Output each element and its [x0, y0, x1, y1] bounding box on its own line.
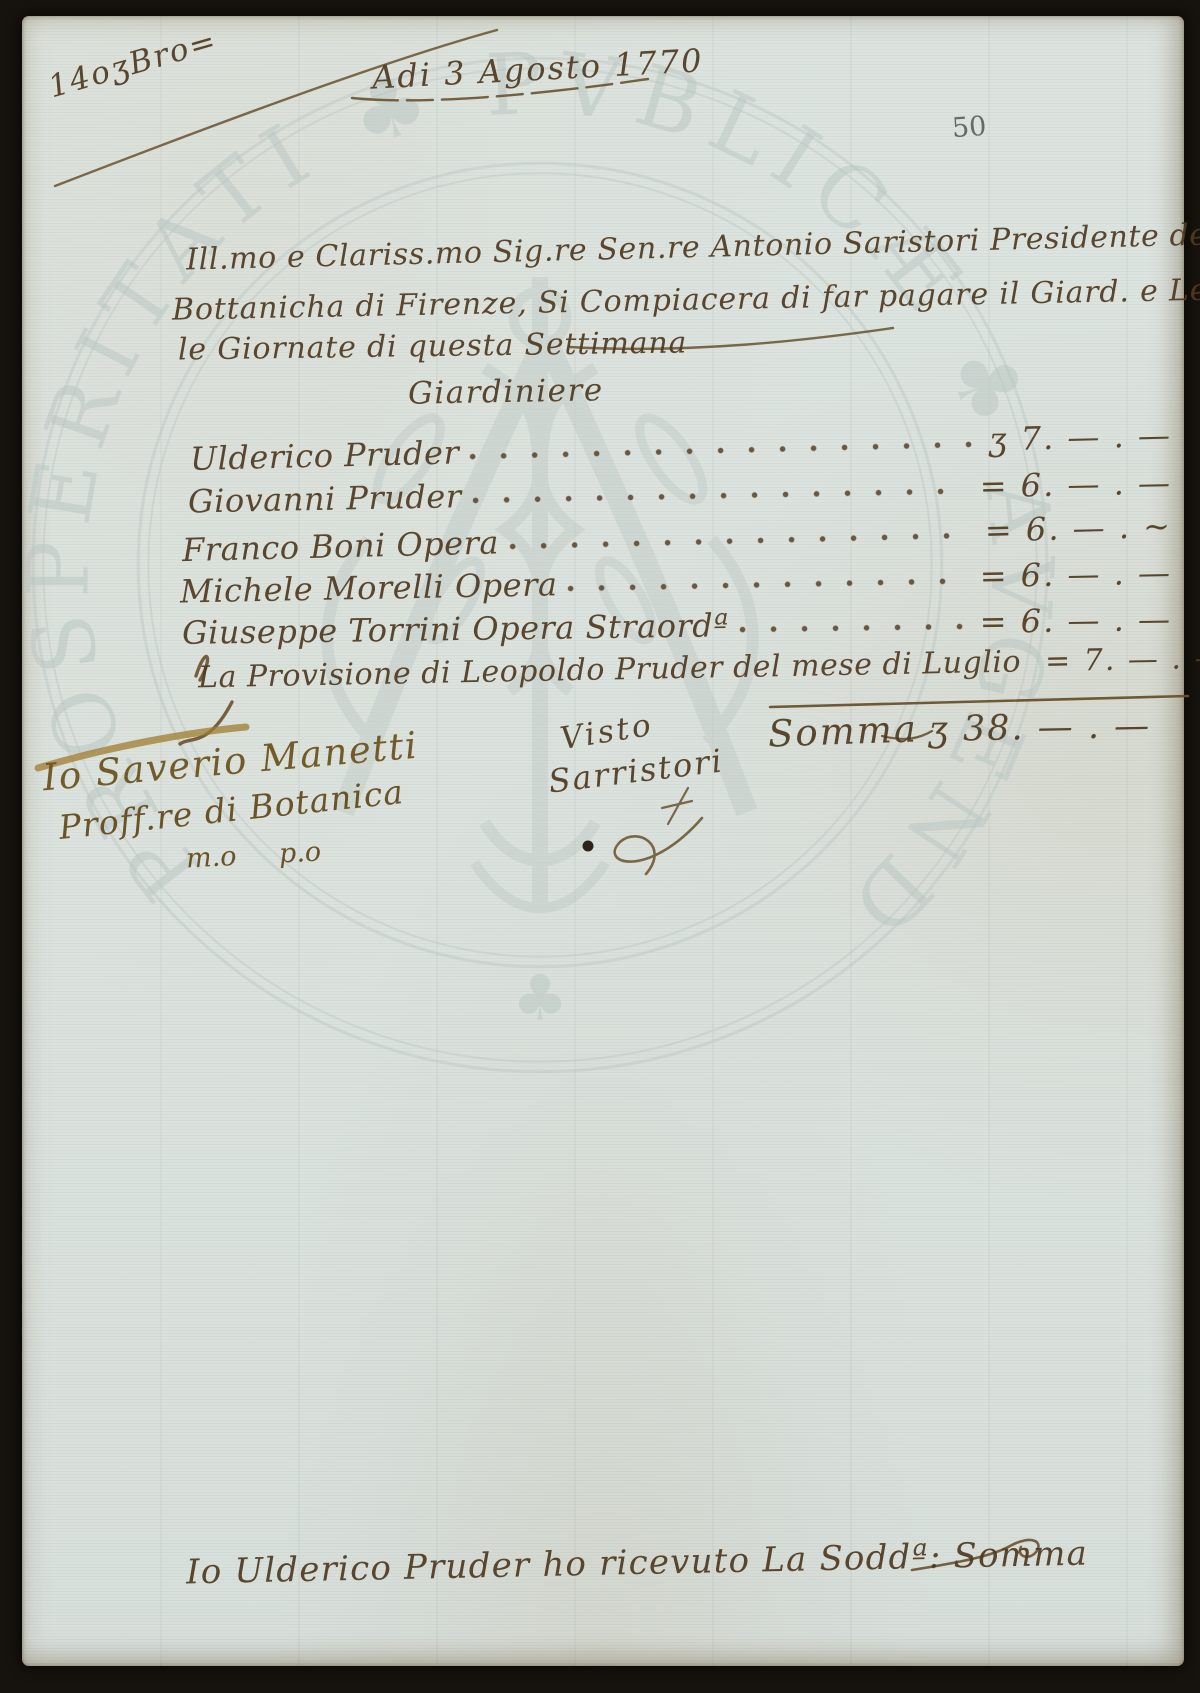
dot-leader: [739, 621, 966, 634]
entry-name: Giuseppe Torrini Opera Straordª: [182, 606, 729, 652]
sum-label: Somma: [767, 707, 918, 755]
entry-amount: = 6. — . —: [980, 600, 1173, 641]
photographed-manuscript: PROSPERITATI ♣ PVBLICÆ ♣ AVGENDAE ♣: [0, 0, 1200, 1693]
entry-name: Michele Morelli Opera: [180, 565, 558, 610]
entry-amount: = 6. — . —: [979, 553, 1172, 595]
salutation-line-3: le Giornate di questa Settimana: [178, 325, 688, 367]
dot-leader: [567, 575, 965, 593]
entry-amount: = 7. — . —: [1045, 641, 1200, 679]
dot-leader: [509, 530, 971, 551]
entry-amount: = 6. — . —: [979, 464, 1172, 506]
dot-leader: [472, 486, 966, 505]
entry-amount: = 6. — . ~: [984, 507, 1172, 550]
entry-amount: ʒ 7. — . —: [988, 416, 1172, 458]
sum-amount: ʒ 38. — . —: [928, 706, 1152, 750]
entry-name: Franco Boni Opera: [182, 523, 500, 569]
dot-leader: [469, 439, 974, 461]
section-heading: Giardiniere: [408, 372, 604, 411]
entry-name: Giovanni Pruder: [188, 477, 462, 520]
page-number: 50: [951, 111, 987, 144]
entry-name: Ulderico Pruder: [190, 433, 460, 478]
